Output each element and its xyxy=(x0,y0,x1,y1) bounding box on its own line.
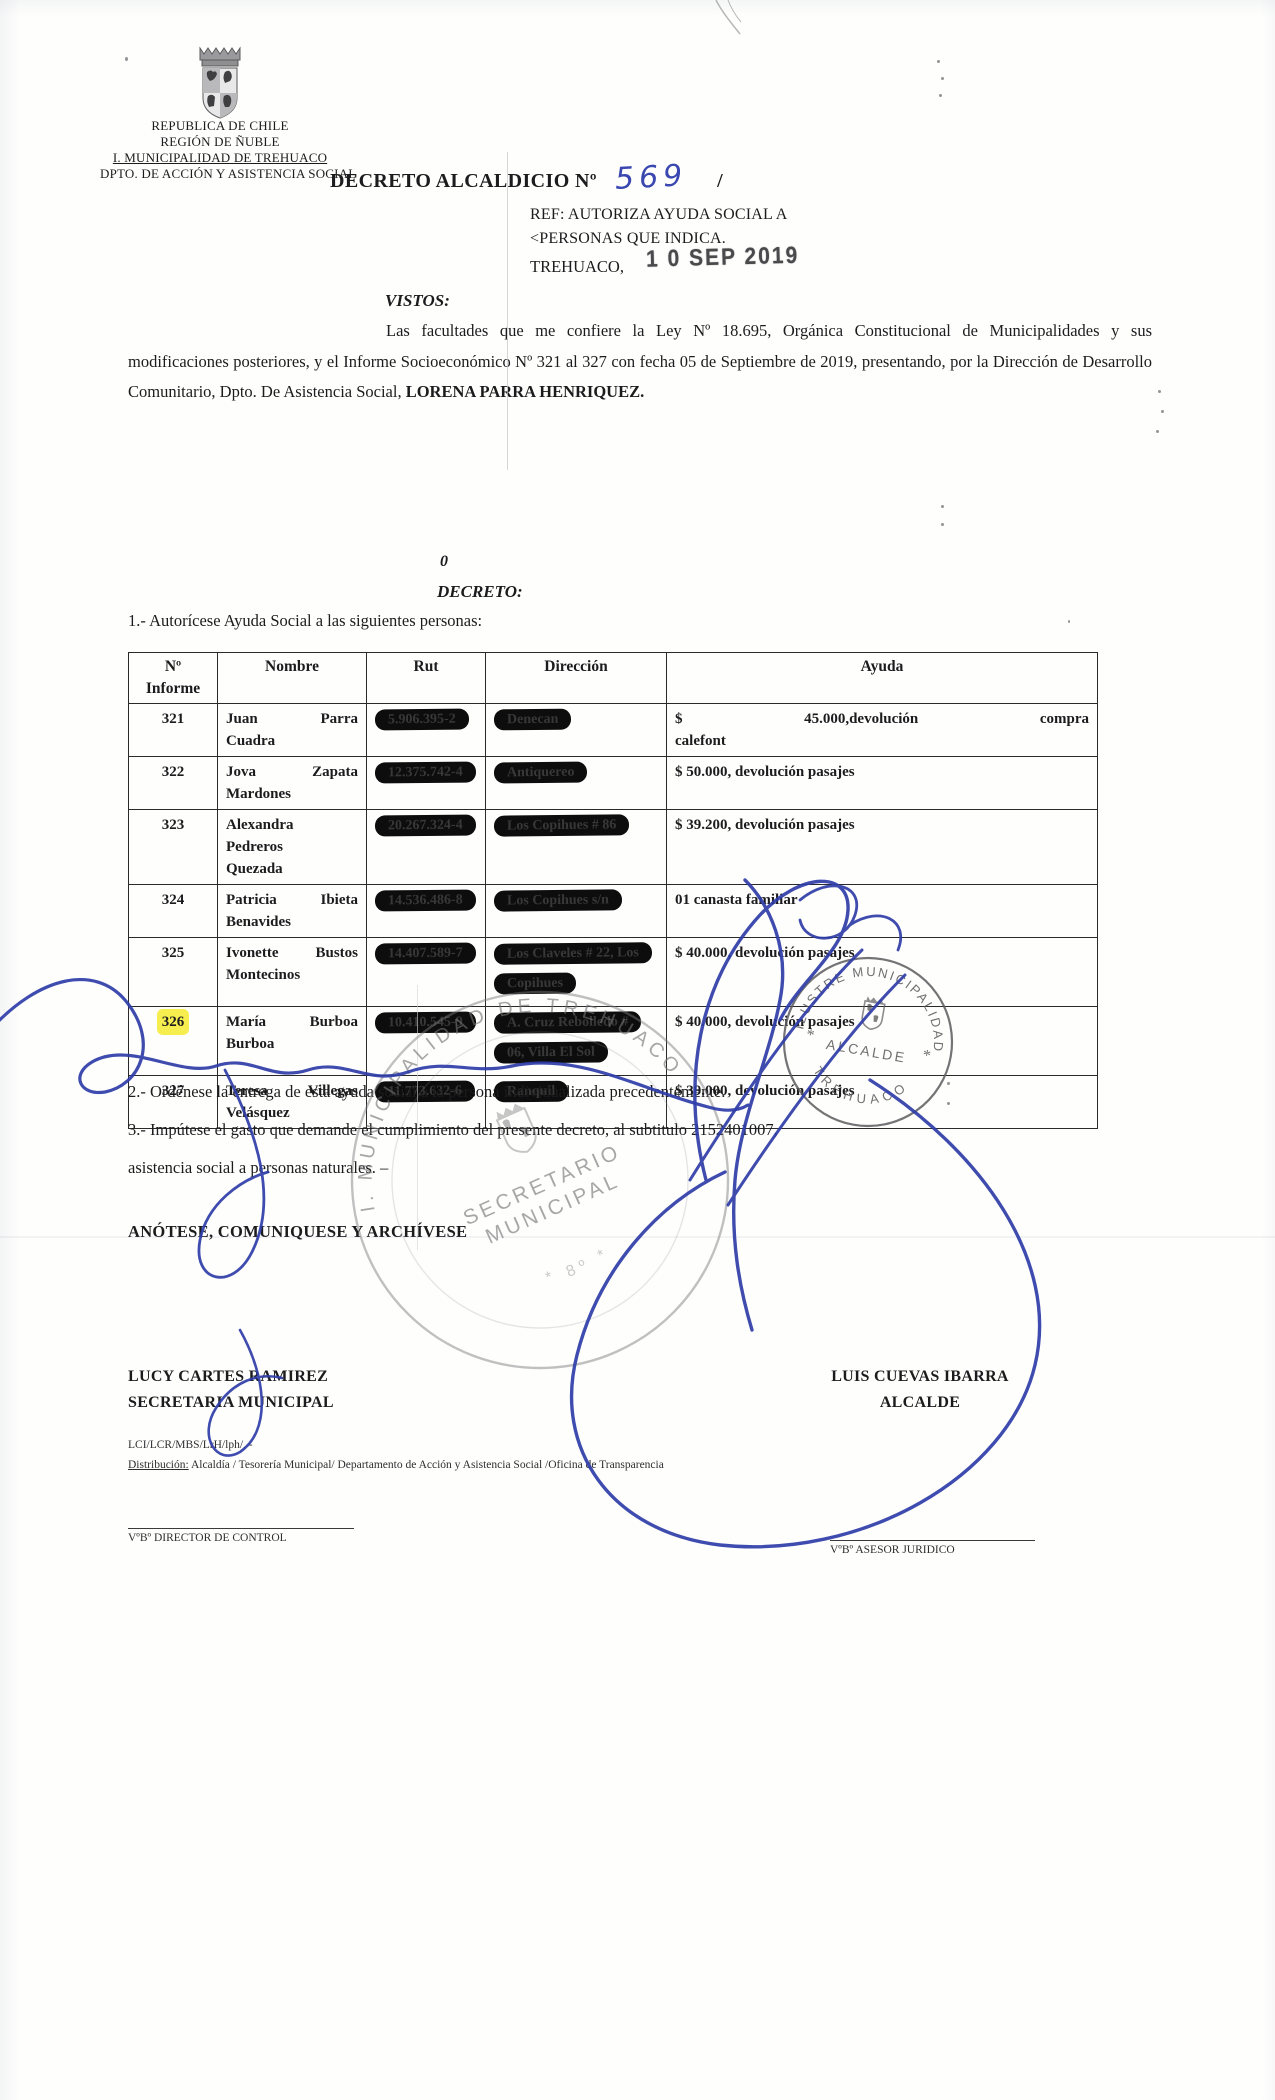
scan-artifact xyxy=(417,985,418,1250)
letterhead-department: DPTO. DE ACCIÓN Y ASISTENCIA SOCIAL xyxy=(100,166,340,182)
svg-text:* 8º *: * 8º * xyxy=(541,1242,616,1291)
redacted-address: Antiquereo xyxy=(494,762,588,784)
informe-number: 325 xyxy=(129,938,218,1007)
beneficiary-name: Jova ZapataMardones xyxy=(218,757,367,810)
direccion-cell: Los Copihues s/n xyxy=(486,885,667,938)
informe-number: 323 xyxy=(129,810,218,885)
decreto-zero: 0 xyxy=(440,553,448,571)
table-row: 321 Juan ParraCuadra 5.906.395-2 Denecan… xyxy=(129,704,1098,757)
redacted-address: 06, Villa El Sol xyxy=(494,1041,608,1063)
col-header-direccion: Dirección xyxy=(486,653,667,704)
decreto-item3-line2: asistencia social a personas naturales. … xyxy=(128,1158,388,1178)
ref-line1: REF: AUTORIZA AYUDA SOCIAL A xyxy=(530,203,788,227)
table-header-row: NºInforme Nombre Rut Dirección Ayuda xyxy=(129,653,1098,704)
letterhead-region: REGIÓN DE ÑUBLE xyxy=(100,134,340,150)
col-header-informe: NºInforme xyxy=(129,653,218,704)
table-row: 326 María BurboaBurboa 10.410.545-9 A. C… xyxy=(129,1007,1098,1076)
scan-artifact xyxy=(507,152,508,470)
signatory-right: LUIS CUEVAS IBARRA ALCALDE xyxy=(805,1364,1035,1416)
table-row: 325 Ivonette BustosMontecinos 14.407.589… xyxy=(129,938,1098,1007)
ayuda-cell: $ 40.000, devolución pasajes xyxy=(667,938,1098,1007)
decree-title-slash: / xyxy=(717,170,723,192)
letterhead-municipality: I. MUNICIPALIDAD DE TREHUACO xyxy=(100,150,340,166)
vistos-author: LORENA PARRA HENRIQUEZ. xyxy=(406,382,645,401)
rut-cell: 20.267.324-4 xyxy=(367,810,486,885)
redacted-rut: 14.536.486-8 xyxy=(375,889,476,911)
scanned-document-page: REPUBLICA DE CHILE REGIÓN DE ÑUBLE I. MU… xyxy=(0,0,1275,2100)
beneficiary-name: Ivonette BustosMontecinos xyxy=(218,938,367,1007)
decree-number-handwritten: 569 xyxy=(614,158,688,197)
vb-asesor-juridico: VºBº ASESOR JURIDICO xyxy=(830,1544,955,1556)
ayuda-cell: $ 45.000,devolución compracalefont xyxy=(667,704,1098,757)
decree-title: DECRETO ALCALDICIO Nº 569 / xyxy=(330,160,723,195)
table-row: 323 AlexandraPedrerosQuezada 20.267.324-… xyxy=(129,810,1098,885)
signatory-left-name: LUCY CARTES RAMIREZ xyxy=(128,1364,334,1390)
direccion-cell: Antiquereo xyxy=(486,757,667,810)
redacted-rut: 10.410.545-9 xyxy=(375,1011,476,1033)
signatory-right-name: LUIS CUEVAS IBARRA xyxy=(805,1364,1035,1390)
redacted-address: Los Copihues s/n xyxy=(494,889,622,911)
col-header-nombre: Nombre xyxy=(218,653,367,704)
direccion-cell: Los Copihues # 86 xyxy=(486,810,667,885)
ayuda-cell: $ 50.000, devolución pasajes xyxy=(667,757,1098,810)
redacted-rut: 12.375.742-4 xyxy=(375,761,476,783)
signatory-left: LUCY CARTES RAMIREZ SECRETARIA MUNICIPAL xyxy=(128,1364,334,1416)
vistos-paragraph: Las facultades que me confiere la Ley Nº… xyxy=(128,316,1152,408)
scan-fold-crease xyxy=(716,0,741,34)
municipal-coat-of-arms-logo xyxy=(194,44,246,125)
ayuda-cell: $ 39.200, devolución pasajes xyxy=(667,810,1098,885)
direccion-cell: Denecan xyxy=(486,704,667,757)
signatory-left-role: SECRETARIA MUNICIPAL xyxy=(128,1390,334,1416)
rut-cell: 14.536.486-8 xyxy=(367,885,486,938)
beneficiary-name: Patricia IbietaBenavides xyxy=(218,885,367,938)
rut-cell: 12.375.742-4 xyxy=(367,757,486,810)
table-row: 324 Patricia IbietaBenavides 14.536.486-… xyxy=(129,885,1098,938)
beneficiary-name: Juan ParraCuadra xyxy=(218,704,367,757)
ayuda-cell: 01 canasta familiar xyxy=(667,885,1098,938)
scan-artifact xyxy=(0,1236,1275,1238)
initials-line: LCI/LCR/MBS/LrH/lph/. - xyxy=(128,1438,253,1453)
signatory-right-role: ALCALDE xyxy=(805,1390,1035,1416)
decreto-item3-line1: 3.- Impútese el gasto que demande el cum… xyxy=(128,1120,778,1140)
col-header-ayuda: Ayuda xyxy=(667,653,1098,704)
redacted-address: Denecan xyxy=(494,709,572,731)
rut-cell: 14.407.589-7 xyxy=(367,938,486,1007)
col-header-rut: Rut xyxy=(367,653,486,704)
aid-table: NºInforme Nombre Rut Dirección Ayuda 321… xyxy=(128,652,1098,1129)
distribution-line: Distribución: Alcaldía / Tesorería Munic… xyxy=(128,1458,1028,1473)
distribution-list: Alcaldía / Tesorería Municipal/ Departam… xyxy=(189,1459,664,1471)
redacted-address: Los Claveles # 22, Los xyxy=(494,942,652,965)
highlighted-informe-number: 326 xyxy=(162,1014,185,1030)
vb-left-line xyxy=(128,1528,354,1529)
redacted-address: A. Cruz Rebolledo # xyxy=(494,1011,642,1034)
decreto-item1: 1.- Autorícese Ayuda Social a las siguie… xyxy=(128,611,482,631)
informe-number: 324 xyxy=(129,885,218,938)
decreto-heading: DECRETO: xyxy=(437,582,523,602)
decreto-item2: 2.- Ordénese la entrega de esta ayuda so… xyxy=(128,1082,725,1102)
direccion-cell: Los Claveles # 22, LosCopihues xyxy=(486,938,667,1007)
dateline-city: TREHUACO, xyxy=(530,257,624,277)
beneficiary-name: María BurboaBurboa xyxy=(218,1007,367,1076)
redacted-rut: 5.906.395-2 xyxy=(375,709,469,731)
letterhead: REPUBLICA DE CHILE REGIÓN DE ÑUBLE I. MU… xyxy=(100,118,340,182)
informe-number: 321 xyxy=(129,704,218,757)
redacted-rut: 20.267.324-4 xyxy=(375,814,476,836)
distribution-label: Distribución: xyxy=(128,1459,189,1471)
ayuda-cell: $ 40.000, devolución pasajes xyxy=(667,1007,1098,1076)
direccion-cell: A. Cruz Rebolledo #06, Villa El Sol xyxy=(486,1007,667,1076)
svg-text:SECRETARIO: SECRETARIO xyxy=(460,1140,625,1230)
vistos-heading: VISTOS: xyxy=(385,291,450,311)
decree-title-label: DECRETO ALCALDICIO Nº xyxy=(330,170,597,192)
rut-cell: 10.410.545-9 xyxy=(367,1007,486,1076)
rut-cell: 5.906.395-2 xyxy=(367,704,486,757)
vb-director-control: VºBº DIRECTOR DE CONTROL xyxy=(128,1532,287,1544)
informe-number: 326 xyxy=(129,1007,218,1076)
vb-right-line xyxy=(830,1540,1035,1541)
date-stamp: 1 0 SEP 2019 xyxy=(646,243,800,274)
beneficiary-name: AlexandraPedrerosQuezada xyxy=(218,810,367,885)
table-row: 322 Jova ZapataMardones 12.375.742-4 Ant… xyxy=(129,757,1098,810)
redacted-address: Los Copihues # 86 xyxy=(494,814,630,836)
redacted-address: Copihues xyxy=(494,973,576,995)
redacted-rut: 14.407.589-7 xyxy=(375,942,476,964)
letterhead-country: REPUBLICA DE CHILE xyxy=(100,118,340,134)
informe-number: 322 xyxy=(129,757,218,810)
